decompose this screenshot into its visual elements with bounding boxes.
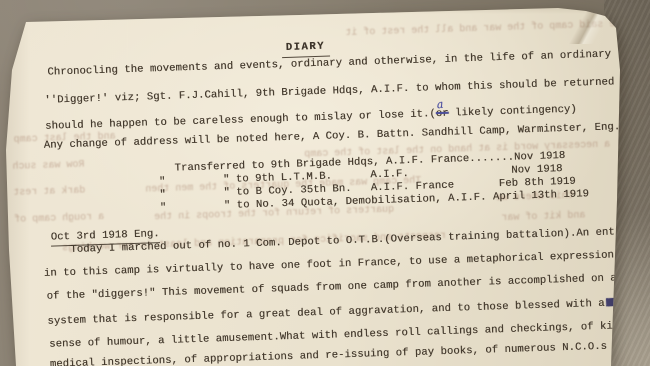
- handwritten-correction-a: a: [436, 98, 444, 112]
- typed-text-layer: DIARY Chronocling the movements and even…: [36, 9, 647, 366]
- torn-corner-crease: [552, 0, 624, 44]
- struck-word: ora: [436, 108, 449, 120]
- redaction-mark: [606, 297, 629, 306]
- photo-of-diary-page: the said camp of the war and all the res…: [0, 0, 650, 366]
- diary-paper-sheet: the said camp of the war and all the res…: [0, 0, 650, 366]
- page-title: DIARY: [282, 41, 331, 59]
- correction-after-text: likely contingency): [448, 104, 576, 120]
- intro-line: ''Digger!' viz; Sgt. F.J.Cahill, 9th Bri…: [44, 76, 614, 107]
